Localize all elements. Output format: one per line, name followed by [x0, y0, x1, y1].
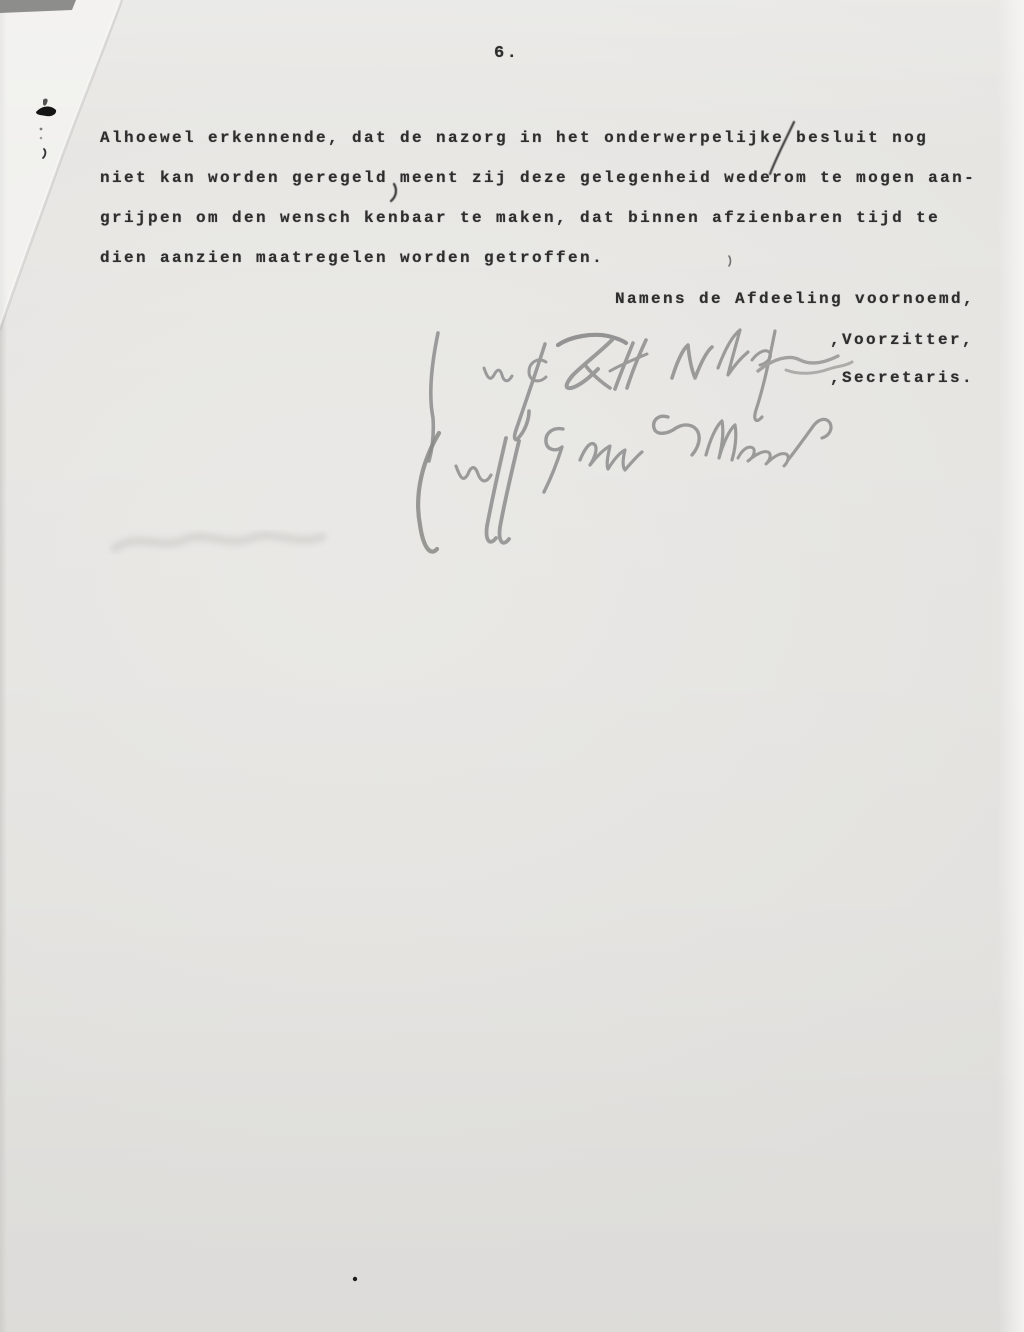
paragraph-line: niet kan worden geregeld meent zij deze … — [100, 168, 976, 188]
corner-crease — [0, 0, 122, 332]
signature-chairman — [429, 330, 852, 461]
page-number: 6. — [494, 44, 519, 64]
margin-marks — [36, 99, 56, 158]
stray-apostrophe-mark — [729, 256, 731, 266]
scan-black-bar — [0, 0, 76, 13]
paragraph-line: grijpen om den wensch kenbaar te maken, … — [100, 208, 940, 228]
paragraph-line: dien aanzien maatregelen worden getroffe… — [100, 248, 604, 268]
ink-speck — [353, 1277, 357, 1281]
scanned-document-page: 6. Alhoewel erkennende, dat de nazorg in… — [0, 0, 1024, 1332]
chairman-role-label: ,Voorzitter, — [830, 330, 974, 350]
closing-attribution: Namens de Afdeeling voornoemd, — [615, 289, 975, 309]
ghost-impression — [115, 536, 322, 548]
signature-secretary — [418, 416, 831, 551]
handwriting-overlay — [0, 0, 1024, 1332]
secretary-role-label: ,Secretaris. — [830, 368, 974, 388]
paragraph-line: Alhoewel erkennende, dat de nazorg in he… — [100, 128, 928, 148]
